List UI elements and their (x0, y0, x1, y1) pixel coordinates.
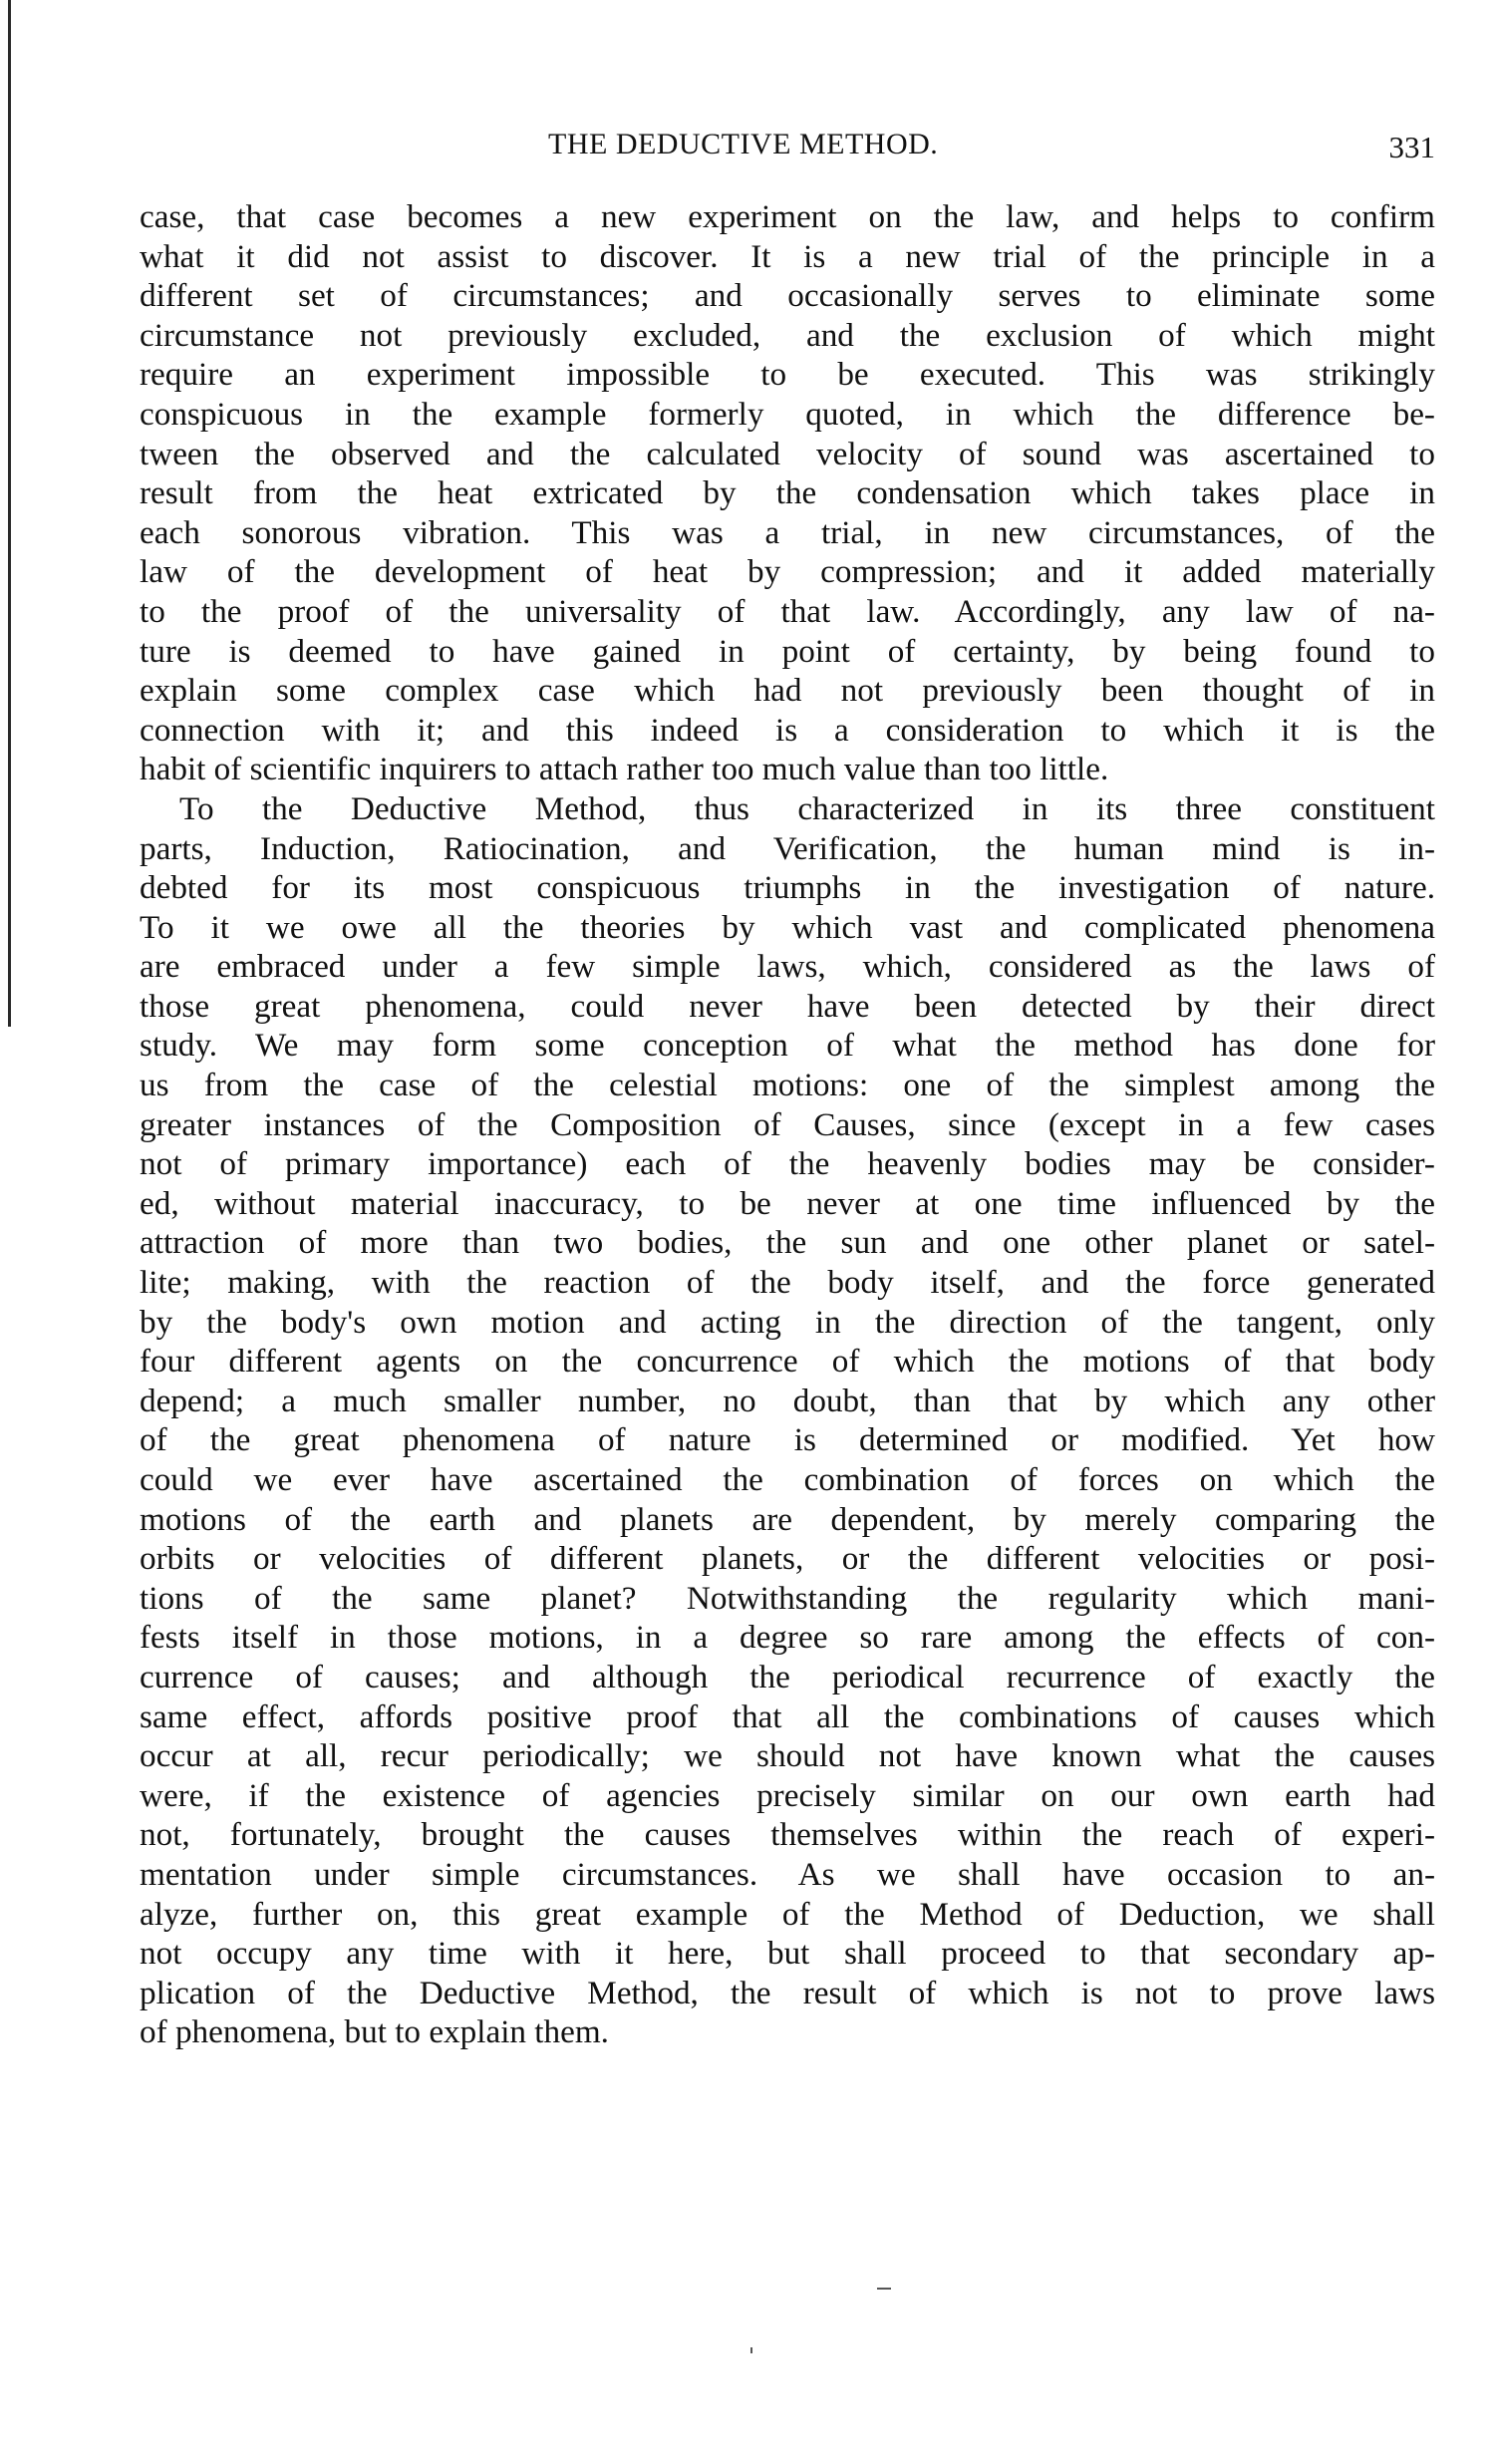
text-line: ture is deemed to have gained in point o… (140, 632, 1435, 672)
text-line: to the proof of the universality of that… (140, 592, 1435, 632)
text-line: different set of circumstances; and occa… (140, 276, 1435, 316)
text-line: orbits or velocities of different planet… (140, 1539, 1435, 1579)
text-line: ed, without material inaccuracy, to be n… (140, 1184, 1435, 1224)
paragraph: case, that case becomes a new experiment… (140, 197, 1435, 789)
text-line: same effect, affords positive proof that… (140, 1697, 1435, 1737)
text-line: explain some complex case which had not … (140, 671, 1435, 711)
text-line: result from the heat extricated by the c… (140, 473, 1435, 513)
text-line: mentation under simple circumstances. As… (140, 1855, 1435, 1895)
scan-speck (877, 2288, 891, 2290)
text-line: plication of the Deductive Method, the r… (140, 1974, 1435, 2013)
text-line: tween the observed and the calculated ve… (140, 435, 1435, 474)
text-line: could we ever have ascertained the combi… (140, 1460, 1435, 1500)
text-line: fests itself in those motions, in a degr… (140, 1618, 1435, 1658)
page-number: 331 (1389, 130, 1436, 165)
text-line: each sonorous vibration. This was a tria… (140, 513, 1435, 553)
text-line: tions of the same planet? Notwithstandin… (140, 1579, 1435, 1619)
text-line: motions of the earth and planets are dep… (140, 1500, 1435, 1540)
text-line: are embraced under a few simple laws, wh… (140, 947, 1435, 987)
running-title: THE DEDUCTIVE METHOD. (548, 128, 938, 161)
text-line: not, fortunately, brought the causes the… (140, 1815, 1435, 1855)
page-header: THE DEDUCTIVE METHOD. 331 (140, 128, 1435, 167)
text-line: occur at all, recur periodically; we sho… (140, 1736, 1435, 1776)
text-line: those great phenomena, could never have … (140, 987, 1435, 1027)
text-line: parts, Induction, Ratiocination, and Ver… (140, 829, 1435, 869)
text-line: habit of scientific inquirers to attach … (140, 750, 1435, 789)
text-line: case, that case becomes a new experiment… (140, 197, 1435, 237)
text-line: of the great phenomena of nature is dete… (140, 1420, 1435, 1460)
text-line: lite; making, with the reaction of the b… (140, 1263, 1435, 1303)
text-line: conspicuous in the example formerly quot… (140, 395, 1435, 435)
paragraph: To the Deductive Method, thus characteri… (140, 789, 1435, 2052)
text-line: debted for its most conspicuous triumphs… (140, 868, 1435, 908)
text-line: require an experiment impossible to be e… (140, 355, 1435, 395)
text-line: circumstance not previously excluded, an… (140, 316, 1435, 356)
text-line: not occupy any time with it here, but sh… (140, 1934, 1435, 1974)
text-line: what it did not assist to discover. It i… (140, 237, 1435, 277)
body-text: case, that case becomes a new experiment… (140, 197, 1435, 2052)
text-line: attraction of more than two bodies, the … (140, 1223, 1435, 1263)
text-line: study. We may form some conception of wh… (140, 1026, 1435, 1066)
text-line: depend; a much smaller number, no doubt,… (140, 1382, 1435, 1421)
text-line: connection with it; and this indeed is a… (140, 711, 1435, 751)
text-line: alyze, further on, this great example of… (140, 1895, 1435, 1935)
text-line: us from the case of the celestial motion… (140, 1066, 1435, 1105)
text-line: were, if the existence of agencies preci… (140, 1776, 1435, 1816)
scan-speck (750, 2347, 752, 2353)
text-line: law of the development of heat by compre… (140, 552, 1435, 592)
text-line: by the body's own motion and acting in t… (140, 1303, 1435, 1343)
page-binding-edge (8, 0, 11, 1027)
text-line: greater instances of the Composition of … (140, 1105, 1435, 1145)
text-line: To the Deductive Method, thus characteri… (140, 789, 1435, 829)
text-line: currence of causes; and although the per… (140, 1658, 1435, 1697)
text-line: of phenomena, but to explain them. (140, 2012, 1435, 2052)
text-line: To it we owe all the theories by which v… (140, 908, 1435, 948)
text-line: not of primary importance) each of the h… (140, 1144, 1435, 1184)
text-line: four different agents on the concurrence… (140, 1342, 1435, 1382)
